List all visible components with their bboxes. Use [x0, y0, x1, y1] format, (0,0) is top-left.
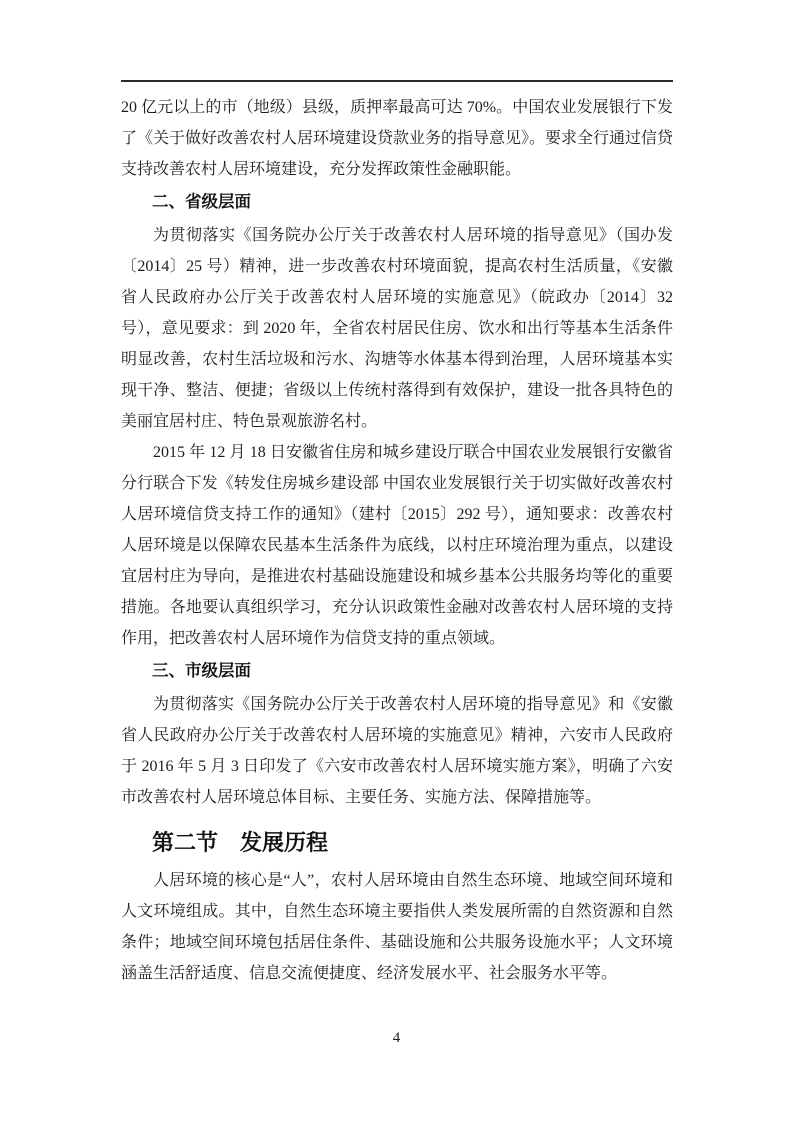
heading-provincial-level: 二、省级层面 — [121, 187, 673, 218]
section-heading-development-history: 第二节 发展历程 — [121, 828, 673, 858]
paragraph-municipal-plan: 为贯彻落实《国务院办公厅关于改善农村人居环境的指导意见》和《安徽省人民政府办公厅… — [121, 689, 673, 813]
page-content: 20 亿元以上的市（地级）县级，质押率最高可达 70%。中国农业发展银行下发了《… — [121, 92, 673, 989]
heading-municipal-level: 三、市级层面 — [121, 656, 673, 687]
document-page: 20 亿元以上的市（地级）县级，质押率最高可达 70%。中国农业发展银行下发了《… — [0, 0, 793, 1122]
paragraph-provincial-notice: 2015 年 12 月 18 日安徽省住房和城乡建设厅联合中国农业发展银行安徽省… — [121, 437, 673, 654]
page-number: 4 — [0, 1030, 793, 1047]
paragraph-development-intro: 人居环境的核心是“人”，农村人居环境由自然生态环境、地域空间环境和人文环境组成。… — [121, 865, 673, 989]
paragraph-continuation-city-level: 20 亿元以上的市（地级）县级，质押率最高可达 70%。中国农业发展银行下发了《… — [121, 92, 673, 185]
header-rule — [121, 80, 673, 82]
paragraph-provincial-policy: 为贯彻落实《国务院办公厅关于改善农村人居环境的指导意见》（国办发〔2014〕25… — [121, 220, 673, 437]
